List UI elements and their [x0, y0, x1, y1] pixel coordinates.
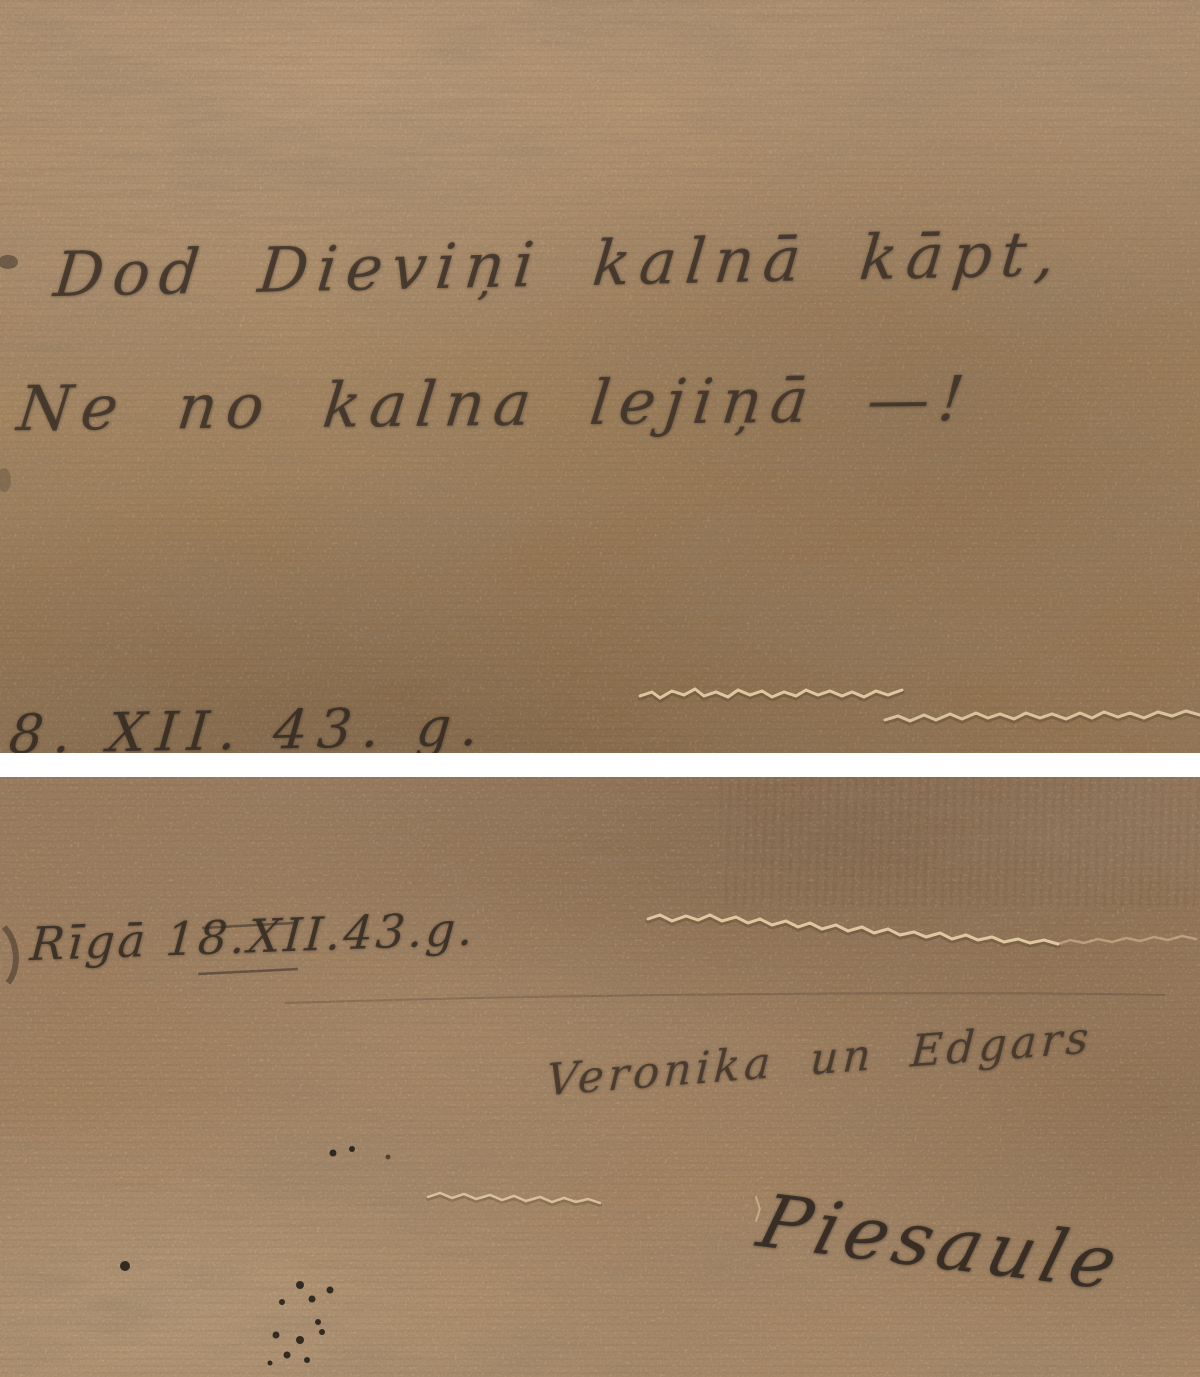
photo-bottom-dedication: Rīgā 18.XII.43.g. Veronika un Edgars Pie… [0, 777, 1200, 1377]
screenshot-root: Dod Dieviņi kalnā kāpt, Ne no kalna leji… [0, 0, 1200, 1377]
scratch-line [285, 993, 1165, 1003]
pin-dots [120, 1146, 391, 1366]
crack-lines-top [640, 689, 1200, 723]
place-and-date: Rīgā 18.XII.43.g. [28, 901, 477, 971]
photo-top-inscription: Dod Dieviņi kalnā kāpt, Ne no kalna leji… [0, 0, 1200, 753]
vertical-streaks-patch [720, 777, 1200, 907]
daina-line-1: Dod Dieviņi kalnā kāpt, [51, 217, 1068, 311]
daina-line-2: Ne no kalna lejiņā —! [14, 362, 977, 445]
dedication-names: Veronika un Edgars [545, 1012, 1094, 1106]
edge-smudge-bottom [4, 927, 16, 983]
artist-signature: Piesaule [750, 1179, 1132, 1307]
photo-divider-gap [0, 753, 1200, 777]
partial-date-cut-off: 8. XII. 43. g. [6, 695, 490, 753]
edge-smudges-top [0, 255, 18, 492]
